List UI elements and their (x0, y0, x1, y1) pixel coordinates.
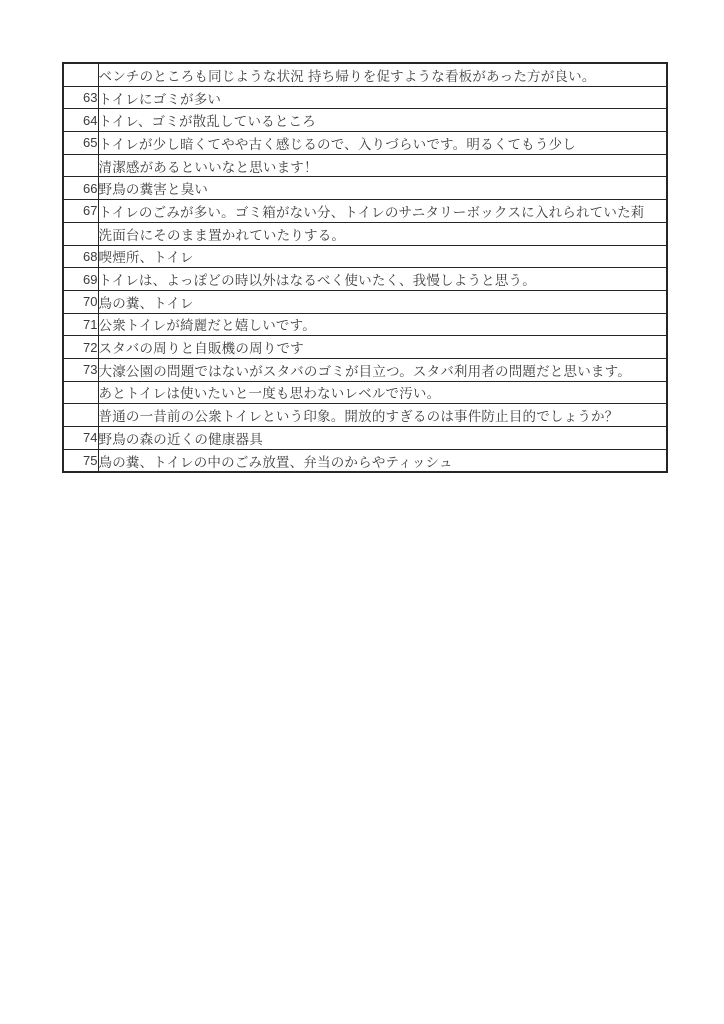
comment-cell: 普通の一昔前の公衆トイレという印象。開放的すぎるのは事件防止目的でしょうか？ (98, 404, 667, 427)
table-row: 68 喫煙所、トイレ (63, 245, 667, 268)
comment-cell: 野鳥の森の近くの健康器具 (98, 427, 667, 450)
comments-table: ベンチのところも同じような状況 持ち帰りを促すような看板があった方が良い。 63… (62, 62, 668, 473)
comment-cell: 公衆トイレが綺麗だと嬉しいです。 (98, 313, 667, 336)
table-row: 65 トイレが少し暗くてやや古く感じるので、入りづらいです。明るくてもう少し (63, 132, 667, 155)
table-row: あとトイレは使いたいと一度も思わないレベルで汚い。 (63, 381, 667, 404)
row-number-cell (63, 404, 98, 427)
table-row: 74 野鳥の森の近くの健康器具 (63, 427, 667, 450)
comment-cell: 洗面台にそのまま置かれていたりする。 (98, 222, 667, 245)
row-number-cell (63, 154, 98, 177)
table-row: 63 トイレにゴミが多い (63, 86, 667, 109)
row-number-cell: 67 (63, 200, 98, 223)
comment-cell: トイレのごみが多い。ゴミ箱がない分、トイレのサニタリーボックスに入れられていた莉 (98, 200, 667, 223)
comment-cell: 喫煙所、トイレ (98, 245, 667, 268)
row-number-cell (63, 222, 98, 245)
table-row: 67 トイレのごみが多い。ゴミ箱がない分、トイレのサニタリーボックスに入れられて… (63, 200, 667, 223)
row-number-cell (63, 381, 98, 404)
row-number-cell: 75 (63, 449, 98, 472)
comment-cell: トイレにゴミが多い (98, 86, 667, 109)
row-number-cell: 74 (63, 427, 98, 450)
row-number-cell: 68 (63, 245, 98, 268)
table-row: 75 鳥の糞、トイレの中のごみ放置、弁当のからやティッシュ (63, 449, 667, 472)
table-row: 71 公衆トイレが綺麗だと嬉しいです。 (63, 313, 667, 336)
table-row: 72 スタバの周りと自販機の周りです (63, 336, 667, 359)
table-row: 清潔感があるといいなと思います！ (63, 154, 667, 177)
comment-cell: ベンチのところも同じような状況 持ち帰りを促すような看板があった方が良い。 (98, 63, 667, 86)
table-row: 普通の一昔前の公衆トイレという印象。開放的すぎるのは事件防止目的でしょうか？ (63, 404, 667, 427)
comment-cell: スタバの周りと自販機の周りです (98, 336, 667, 359)
row-number-cell: 72 (63, 336, 98, 359)
row-number-cell: 69 (63, 268, 98, 291)
row-number-cell: 70 (63, 290, 98, 313)
comment-cell: 鳥の糞、トイレ (98, 290, 667, 313)
table-row: 洗面台にそのまま置かれていたりする。 (63, 222, 667, 245)
row-number-cell (63, 63, 98, 86)
comment-cell: 野鳥の糞害と臭い (98, 177, 667, 200)
row-number-cell: 63 (63, 86, 98, 109)
comments-table-body: ベンチのところも同じような状況 持ち帰りを促すような看板があった方が良い。 63… (63, 63, 667, 472)
table-row: 64 トイレ、ゴミが散乱しているところ (63, 109, 667, 132)
table-row: 69 トイレは、よっぽどの時以外はなるべく使いたく、我慢しようと思う。 (63, 268, 667, 291)
table-row: 66 野鳥の糞害と臭い (63, 177, 667, 200)
comment-cell: 大濠公園の問題ではないがスタバのゴミが目立つ。スタバ利用者の問題だと思います。 (98, 358, 667, 381)
row-number-cell: 65 (63, 132, 98, 155)
comment-cell: 鳥の糞、トイレの中のごみ放置、弁当のからやティッシュ (98, 449, 667, 472)
table-row: ベンチのところも同じような状況 持ち帰りを促すような看板があった方が良い。 (63, 63, 667, 86)
comment-cell: トイレが少し暗くてやや古く感じるので、入りづらいです。明るくてもう少し (98, 132, 667, 155)
table-row: 73 大濠公園の問題ではないがスタバのゴミが目立つ。スタバ利用者の問題だと思いま… (63, 358, 667, 381)
comment-cell: トイレは、よっぽどの時以外はなるべく使いたく、我慢しようと思う。 (98, 268, 667, 291)
document-page: ベンチのところも同じような状況 持ち帰りを促すような看板があった方が良い。 63… (0, 0, 724, 1024)
comment-cell: あとトイレは使いたいと一度も思わないレベルで汚い。 (98, 381, 667, 404)
row-number-cell: 71 (63, 313, 98, 336)
comment-cell: トイレ、ゴミが散乱しているところ (98, 109, 667, 132)
row-number-cell: 64 (63, 109, 98, 132)
row-number-cell: 73 (63, 358, 98, 381)
table-row: 70 鳥の糞、トイレ (63, 290, 667, 313)
row-number-cell: 66 (63, 177, 98, 200)
comment-cell: 清潔感があるといいなと思います！ (98, 154, 667, 177)
